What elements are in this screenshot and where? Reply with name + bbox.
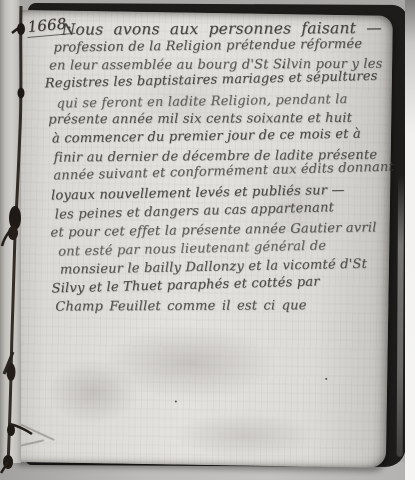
ink-speck — [325, 378, 327, 380]
manuscript-line: présente année mil six cents soixante et… — [48, 111, 352, 128]
scanner-background — [405, 0, 415, 480]
manuscript-page: 1668. Nous avons aux personnes faisant —… — [14, 10, 393, 468]
manuscript-line: à commencer du premier jour de ce mois e… — [52, 127, 361, 147]
ink-speck — [357, 157, 359, 159]
manuscript-line: monsieur le bailly Dallonzy et la vicomt… — [60, 257, 367, 278]
manuscript-line: Nous avons aux personnes faisant — — [62, 19, 382, 39]
manuscript-line: qui se feront en ladite Religion, pendan… — [56, 92, 347, 112]
page-edges-stripe — [397, 175, 404, 457]
binding-thread — [0, 0, 44, 480]
manuscript-line: et pour cet effet la présente année Gaut… — [50, 220, 376, 240]
manuscript-line: les peines et dangers au cas appartenant — [55, 200, 335, 222]
manuscript-line: ont esté par nous lieutenant général de — [58, 239, 326, 260]
ink-speck — [175, 400, 177, 402]
manuscript-line: profession de la Religion prétendue réfo… — [53, 37, 362, 56]
manuscript-photo: 1668. Nous avons aux personnes faisant —… — [0, 0, 415, 480]
manuscript-line: Silvy et le Thuet paraphés et cottés par — [51, 274, 319, 296]
ink-speck — [282, 66, 284, 68]
manuscript-line: Champ Feuillet comme il est ci que — [55, 298, 306, 314]
